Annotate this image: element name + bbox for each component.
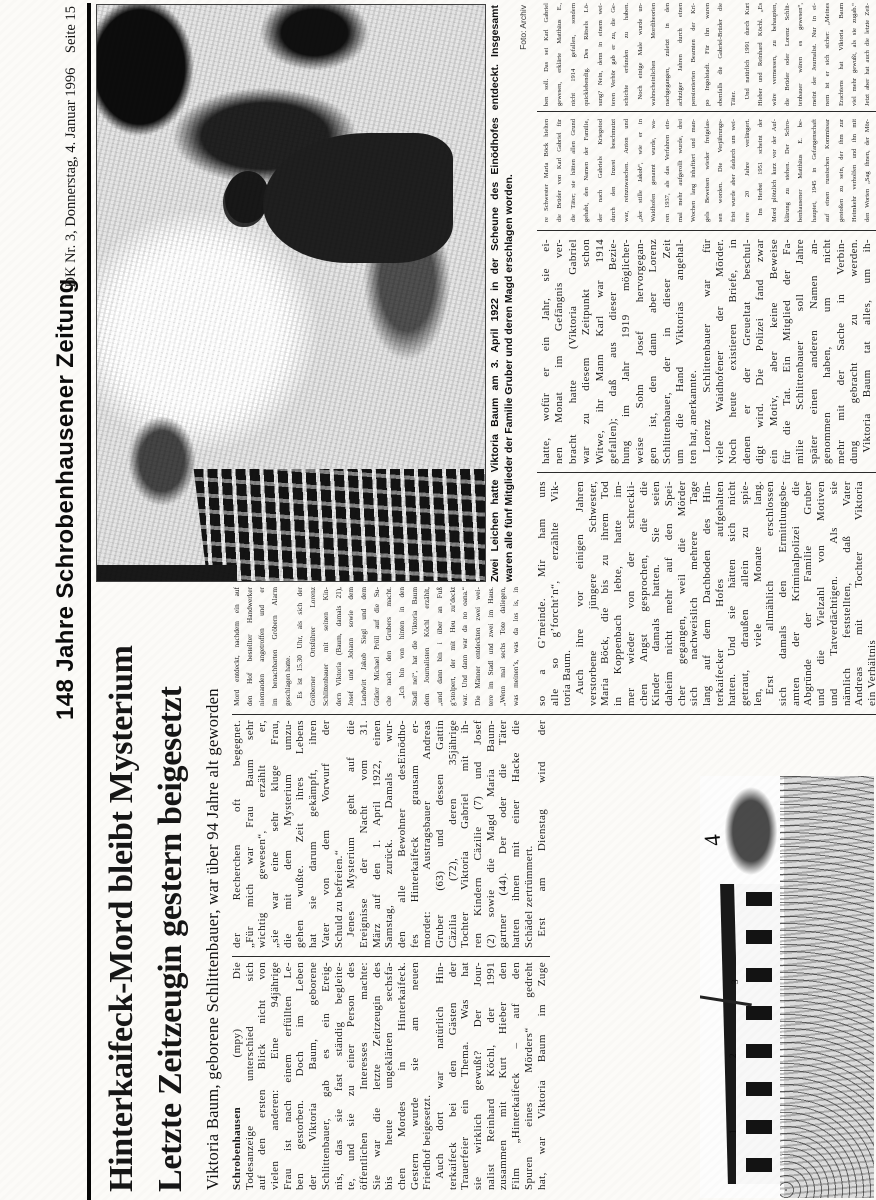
body-text-line: nen Monat im Gefängnis ver- — [553, 239, 566, 464]
body-text-line: tenbauer wären es gewesen“, — [794, 3, 807, 106]
photo-credit: Foto: Archiv — [517, 5, 531, 582]
body-text-line: hauptet, 1945 in Gefangenschaft — [808, 119, 821, 222]
body-text-line: lang auf dem Dachboden des Hin- — [701, 481, 714, 706]
body-text-line: Mord plötzlich kurz vor der Auf- — [768, 119, 781, 222]
body-text-line: März auf den 1. April 1922, einen — [371, 720, 384, 948]
body-column-3-lower: so a G’meinde. Mir ham unsalle so g’forc… — [536, 481, 876, 706]
body-text-line: mehr mit der Sache in Verbin- — [835, 239, 848, 464]
body-text-line: nalist Reinhard Köchl, der 1991 — [485, 962, 498, 1190]
body-column-4: hatte, wofür er ein Jahr, sie ei-nen Mon… — [540, 239, 875, 464]
body-text-line: quicklebendig. Des Rätsels Lö- — [580, 3, 593, 106]
body-text-line: denen er der Greueltat beschul- — [741, 239, 754, 464]
farm-field-grain — [780, 776, 874, 1198]
body-text-line: g’stolpert, der mit Heu zu’deckt — [447, 587, 460, 706]
body-text-line: hat, war Viktoria Baum im Zuge — [536, 962, 549, 1190]
body-text-line: terkaifeck bei den Gästen der — [447, 962, 460, 1190]
body-text-line: mer wieder von der schreckli- — [625, 481, 638, 706]
body-text-line: sich nachweislich mehrere Tage — [688, 481, 701, 706]
body-text-line: dem Journalisten Köchl erzählt, — [421, 587, 434, 706]
body-text-line: achtziger Jahren durch einen — [674, 3, 687, 106]
photo-annotation-1: 1 — [728, 1130, 738, 1135]
body-text-line: wichtig gewesen“, erzählt er, — [256, 720, 269, 948]
caption-line-1: Zwei Leichen hatte Viktoria Baum am 3. A… — [489, 5, 503, 582]
body-text-line: Waidhofen genannt wurde, wa- — [647, 119, 660, 222]
subheadline: Viktoria Baum, geborene Schlittenbauer, … — [203, 578, 223, 1190]
body-text-line: getraut, draußen allein zu spie- — [739, 481, 752, 706]
body-text-line: Josef und Johann sowie dem — [345, 587, 358, 706]
body-text-line: gestoßen zu sein, der ihm zur — [835, 119, 848, 222]
body-text-line: te, und sie zu einer Person des — [345, 962, 358, 1190]
body-text-line: cher gegangen, weil die Mörder — [676, 481, 689, 706]
body-text-line: gewesen, erklärte Matthäus E., — [553, 3, 566, 106]
body-text-line: Jenes Mysterium geht auf die — [345, 720, 358, 948]
column-rule-1 — [232, 956, 550, 957]
body-text-line: hatten. Und sie hätten sich nicht — [726, 481, 739, 706]
body-text-line: fes Hinterkaifeck grausam er- — [409, 720, 422, 948]
body-text-line: Noch einige Male wurde un- — [634, 3, 647, 106]
body-text-line: Maria Böck, die bis zu ihrem Tod — [599, 481, 612, 706]
body-text-line: mordet: Austragsbauer Andreas — [421, 720, 434, 948]
body-text-line: nachgegangen, zuletzt in den — [661, 3, 674, 106]
body-text-line: ten hat, anerkannte. — [687, 239, 700, 464]
body-text-line: Cäzilia (72), deren 35jährige — [447, 720, 460, 948]
body-text-line: Stadl nei“, hat die Viktoria Baum — [409, 587, 422, 706]
newspaper-page: 148 Jahre Schrobenhausener Zeitung DK Nr… — [0, 0, 876, 1200]
body-text-line: Auch dort war natürlich Hin- — [434, 962, 447, 1190]
farmhouse-windows — [746, 892, 772, 1172]
column-rule-3 — [537, 472, 876, 473]
photo-annotation-3: 3 — [730, 980, 740, 985]
body-text-line: geschlagen hatte. — [282, 587, 295, 706]
body-text-line: der Viktoria Baum, geborene — [307, 962, 320, 1190]
body-text-line: meint der Journalist. Nur in ei- — [808, 3, 821, 106]
body-text-line: „Für mich war Frau Baum sehr — [244, 720, 257, 948]
body-text-line: ren Kindern Cäzilie (7) und Josef — [472, 720, 485, 948]
body-column-2: der Recherchen oft begegnet.„Für mich wa… — [231, 720, 548, 948]
body-text-line: tere 20 Jahre verlängert. — [741, 119, 754, 222]
body-text-line: Viktoria Baum tat alles, um ih- — [861, 239, 874, 464]
masthead-dateline: DK Nr. 3, Donnerstag, 4. Januar 1996 Sei… — [63, 6, 80, 298]
body-text-line: dern Viktoria (Baum, damals 21), — [333, 587, 346, 706]
body-text-line: ebenfalls die Gabriel-Brüder die — [714, 3, 727, 106]
body-text-line: sen worden. Die Verjährungs- — [714, 119, 727, 222]
body-text-line: len, viele Monate lang. — [752, 481, 765, 706]
body-text-line: „und dann bin i über an Fuß — [434, 587, 447, 706]
body-text-line: dung gebracht zu werden. — [848, 239, 861, 464]
body-text-line: Sie war die letzte Zeitzeugin des — [371, 962, 384, 1190]
body-text-line: so a G’meinde. Mir ham uns — [536, 481, 549, 706]
body-text-line: den Hof bestellter Handwerker — [244, 587, 257, 706]
body-text-line: „sie war eine sehr kluge Frau, — [269, 720, 282, 948]
lede-rest: (mpy) Die — [231, 962, 243, 1107]
body-text-line: Schlittenbauer, gab es ein Ereig- — [320, 962, 333, 1190]
body-text-line: milie Schlittenbauer soll Jahre — [794, 239, 807, 464]
body-text-line: Erst allmählich erschlossen — [764, 481, 777, 706]
body-text-line: terkaifecker Hofes aufgehalten — [714, 481, 727, 706]
body-text-line: genommen haben, um nicht — [821, 239, 834, 464]
body-text-line: wahrscheinlichen Mordtheorien — [647, 3, 660, 106]
masthead-title: 148 Jahre Schrobenhausener Zeitung — [52, 320, 80, 720]
caption-line-2: waren alle fünf Mitglieder der Familie G… — [503, 5, 517, 582]
body-text-line: Samstag, zurück. Damals wur- — [383, 720, 396, 948]
body-text-line: auf einen russischen Kommissar — [821, 119, 834, 222]
body-text-line: ben soll. Das sei Karl Gabriel — [540, 3, 553, 106]
body-text-line: durch den Inzest beschmutzt — [607, 119, 620, 222]
body-text-line: Jetzt aber hat auch die letzte Zeit- — [861, 3, 874, 106]
body-text-line: ein Verhältnis — [866, 481, 876, 706]
body-text-line: Erachtens hat Viktoria Baum — [835, 3, 848, 106]
body-text-line: frist wurde aber dadurch um wei- — [727, 119, 740, 222]
body-text-line: der nach Gabriels Kriegstod — [594, 119, 607, 222]
body-text-line: gels Beweisen wieder freigelas- — [701, 119, 714, 222]
headline-line-2: Letzte Zeitzeugin gestern beigesetzt — [146, 576, 195, 1192]
body-text-line: „der stille Jakob“, wie er in — [634, 119, 647, 222]
body-text-line: daheim nicht mehr auf den Spei- — [663, 481, 676, 706]
body-text-line: chen Angst gesprochen, die die — [638, 481, 651, 706]
body-text-line: ben gestorben. Doch im Leben — [294, 962, 307, 1190]
farm-shed — [718, 776, 784, 886]
body-text-line: „Wenn mal sechs Tote daliegen, — [497, 587, 510, 706]
body-text-line: Gütler Michael Pröll auf die Su- — [371, 587, 384, 706]
body-text-line: später einen anderen Namen an- — [808, 239, 821, 464]
body-text-line: gehen wußte. Zeit ihres Lebens — [294, 720, 307, 948]
body-text-line: um die Hand Viktorias angehal- — [674, 239, 687, 464]
body-text-line: Spuren eines Mörders“ gedreht — [523, 962, 536, 1190]
body-text-line: zusammen mit Kurt Hieber den — [497, 962, 510, 1190]
body-column-6: ben soll. Das sei Karl Gabrielgewesen, e… — [540, 3, 875, 106]
body-text-line: sich damals den Ermittlungsbe- — [777, 481, 790, 706]
body-text-line: teren Verhör gab er zu, die Ge- — [607, 3, 620, 106]
body-text-line: und die Vielzahl von Motiven — [815, 481, 828, 706]
body-text-line: Friedhof beigesetzt. — [421, 962, 434, 1190]
body-text-line: ren 1937, als das Verfahren ein- — [661, 119, 674, 222]
body-text-line: Todesanzeige unterschied sich — [244, 962, 257, 1190]
body-text-line: Die Männer entdeckten zwei wei- — [472, 587, 485, 706]
body-text-line: Ereignisse der Nacht vom 31. — [358, 720, 371, 948]
photo-annotation-2: 2 — [728, 1054, 738, 1059]
body-text-line: Gestern wurde sie am neuen — [409, 962, 422, 1190]
body-text-line: verstorbene jüngere Schwester, — [587, 481, 600, 706]
body-text-line: hat sie darum gekämpft, ihren — [307, 720, 320, 948]
column-1-lines: Todesanzeige unterschied sichauf den ers… — [244, 962, 549, 1190]
body-text-line: Noch heute existieren Briefe, in — [727, 239, 740, 464]
body-text-line: gen ist, den dann aber Lorenz — [647, 239, 660, 464]
body-text-line: tere im Stadl und zwei im Haus. — [485, 587, 498, 706]
body-text-line: viele Waidhofener der Mörder. — [714, 239, 727, 464]
body-column-3-upper: Mord entdeckt, nachdem ein aufden Hof be… — [231, 587, 523, 706]
body-text-line: vielen anderen: Eine 94jährige — [269, 962, 282, 1190]
body-text-line: hatten ihnen mit einer Hacke die — [510, 720, 523, 948]
body-text-line: Wochen lang inhaftiert und man- — [687, 119, 700, 222]
body-text-line: pensionierten Beamten der Kri- — [687, 3, 700, 106]
body-text-line: wäre vermessen, zu behaupten, — [768, 3, 781, 106]
body-text-line: Landwirt Jakob Siegl und dem — [358, 587, 371, 706]
body-text-line: war. Und dann war da no oana.“ — [459, 587, 472, 706]
body-text-line: Schuld zu befreien.“ — [333, 720, 346, 948]
body-text-line: Und natürlich 1991 durch Kurt — [741, 3, 754, 106]
body-text-line: schichte erfunden zu haben. — [620, 3, 633, 106]
body-text-line: die Täter; sie hätten allen Grund — [567, 119, 580, 222]
lede-dateline: Schrobenhausen — [231, 1107, 243, 1190]
body-text-line: Schädel zertrümmert. — [523, 720, 536, 948]
body-text-line: Frau ist nach einem erfüllten Le- — [282, 962, 295, 1190]
body-text-line: alle so g’forcht’n“, erzählte Vik- — [549, 481, 562, 706]
body-text-line: Lorenz Schlittenbauer war für — [701, 239, 714, 464]
body-text-line: bis heute ungeklärten sechsfa- — [383, 962, 396, 1190]
body-text-line: Abgründe der Familie Gruber — [802, 481, 815, 706]
body-text-line: Kinder damals hatten. Sie seien — [650, 481, 663, 706]
headline-block: Hinterkaifeck-Mord bleibt Mysterium Letz… — [97, 576, 195, 1192]
body-text-line: klärung zu stehen. Der Schro- — [781, 119, 794, 222]
body-text-line: die Brüder oder Lorenz Schlit- — [781, 3, 794, 106]
body-text-line: Tochter Viktoria Gabriel mit ih- — [459, 720, 472, 948]
body-text-line: Heimkehr verholfen und ihn mit — [848, 119, 861, 222]
crime-scene-photo — [96, 4, 486, 582]
body-text-line: Täter. — [727, 3, 740, 106]
body-text-line: gefallen); daß aus dieser Bezie- — [607, 239, 620, 464]
column-rule-5 — [537, 111, 876, 112]
body-text-line: war zu diesem Zeitpunkt schon — [580, 239, 593, 464]
body-text-line: po Ingolstadt. Für ihn waren — [701, 3, 714, 106]
body-text-line: in Koppenbach lebte, hatte im- — [612, 481, 625, 706]
body-text-line: und Tatverdächtigen. Als sie — [828, 481, 841, 706]
column-rule-4 — [537, 230, 876, 231]
body-text-line: viel mehr gewußt, als sie zugab.“ — [848, 3, 861, 106]
body-text-line: gartner (44). Der oder die Täter — [497, 720, 510, 948]
body-text-line: Schlittenbauer mit seinen Kin- — [320, 587, 333, 706]
body-text-line: amten der Kriminalpolizei die — [790, 481, 803, 706]
body-text-line: ein Motiv, aber keine Beweise — [768, 239, 781, 464]
body-text-line: nem ist er sich sicher: „Meines — [821, 3, 834, 106]
farmhouse-photo: 1 2 3 4 — [700, 776, 874, 1198]
body-text-line: bracht hatte (Viktoria Gabriel — [567, 239, 580, 464]
body-text-line: „Ich bin von hinten in den — [396, 587, 409, 706]
body-text-line: Andreas mit Tochter Viktoria — [853, 481, 866, 706]
body-text-line: Trauerfeier ein Thema. Was hat — [459, 962, 472, 1190]
body-text-line: hatte, wofür er ein Jahr, sie ei- — [540, 239, 553, 464]
body-text-line: mal mehr aufgerollt wurde, drei — [674, 119, 687, 222]
body-text-line: Hieber und Reinhard Köchl. „Es — [754, 3, 767, 106]
body-text-line: digt wird. Die Polizei fand zwar — [754, 239, 767, 464]
body-text-line: sie wirklich gewußt? Der Jour- — [472, 962, 485, 1190]
body-text-line: Auch ihre vor einigen Jahren — [574, 481, 587, 706]
body-text-line: war, reinzuwaschen. Anton und — [620, 119, 633, 222]
body-text-line: re Schwester Maria Böck hielten — [540, 119, 553, 222]
lede-line: Schrobenhausen (mpy) Die — [231, 962, 244, 1190]
body-text-line: auf den ersten Blick nicht von — [256, 962, 269, 1190]
body-text-line: nicht 1914 gefallen, sondern — [567, 3, 580, 106]
body-text-line: öffentlichen Interesses machte: — [358, 962, 371, 1190]
body-text-line: Im Herbst 1951 scheint der — [754, 119, 767, 222]
body-text-line: nämlich feststellten, daß Vater — [841, 481, 854, 706]
body-text-line: niemanden angetroffen und er — [256, 587, 269, 706]
body-text-line: che nach den Grubers macht. — [383, 587, 396, 706]
body-text-line: im benachbarten Gröbern Alarm — [269, 587, 282, 706]
body-text-line: den alle Bewohner desEinödho- — [396, 720, 409, 948]
body-text-line: (2) sowie die Magd Maria Baum- — [485, 720, 498, 948]
body-text-line: Vater von dem Vorwurf der — [320, 720, 333, 948]
body-text-line: Es ist 15.30 Uhr, als sich der — [294, 587, 307, 706]
body-text-line: was meinen’s, was da los is, in — [510, 587, 523, 706]
body-text-line: für die Tat. Ein Mitglied der Fa- — [781, 239, 794, 464]
body-text-line: chen Mordes in Hinterkaifeck. — [396, 962, 409, 1190]
body-text-line: Witwe, ihr Mann Karl war 1914 — [594, 239, 607, 464]
body-text-line: der Recherchen oft begegnet. — [231, 720, 244, 948]
body-text-line: sung? Nein, denn in einem wei- — [594, 3, 607, 106]
masthead-rule — [87, 3, 91, 1200]
body-text-line: nis, das sie fast ständig begleite- — [333, 962, 346, 1190]
body-text-line: gehabt, den Namen der Familie, — [580, 119, 593, 222]
scanned-newspaper-viewport: 148 Jahre Schrobenhausener Zeitung DK Nr… — [0, 0, 876, 1200]
headline-line-1: Hinterkaifeck-Mord bleibt Mysterium — [97, 576, 146, 1192]
photo-caption: Zwei Leichen hatte Viktoria Baum am 3. A… — [489, 5, 531, 582]
body-text-line: benhausener Matthäus E. be- — [794, 119, 807, 222]
body-text-line: Mord entdeckt, nachdem ein auf — [231, 587, 244, 706]
body-text-line: die Brüder von Karl Gabriel für — [553, 119, 566, 222]
column-rule-2 — [232, 714, 876, 715]
photo-grain — [97, 5, 485, 581]
body-text-line: den Worten „Sag ihnen, der Mör- — [861, 119, 874, 222]
body-text-line: weise Sohn Josef hervorgegan- — [634, 239, 647, 464]
body-text-line: toria Baum. — [561, 481, 574, 706]
body-column-5: re Schwester Maria Böck hieltendie Brüde… — [540, 119, 875, 222]
body-text-line: Film „Hinterkaifeck – auf den — [510, 962, 523, 1190]
body-text-line: Gröberner Ortsführer Lorenz — [307, 587, 320, 706]
body-text-line: hung im Jahr 1919 möglicher- — [620, 239, 633, 464]
body-column-1: Schrobenhausen (mpy) Die Todesanzeige un… — [231, 962, 548, 1190]
body-text-line: Gruber (63) und dessen Gattin — [434, 720, 447, 948]
body-text-line: die mit dem Mysterium umzu- — [282, 720, 295, 948]
body-text-line: Erst am Dienstag wird der — [536, 720, 549, 948]
body-text-line: Schlittenbauer, der in dieser Zeit — [661, 239, 674, 464]
